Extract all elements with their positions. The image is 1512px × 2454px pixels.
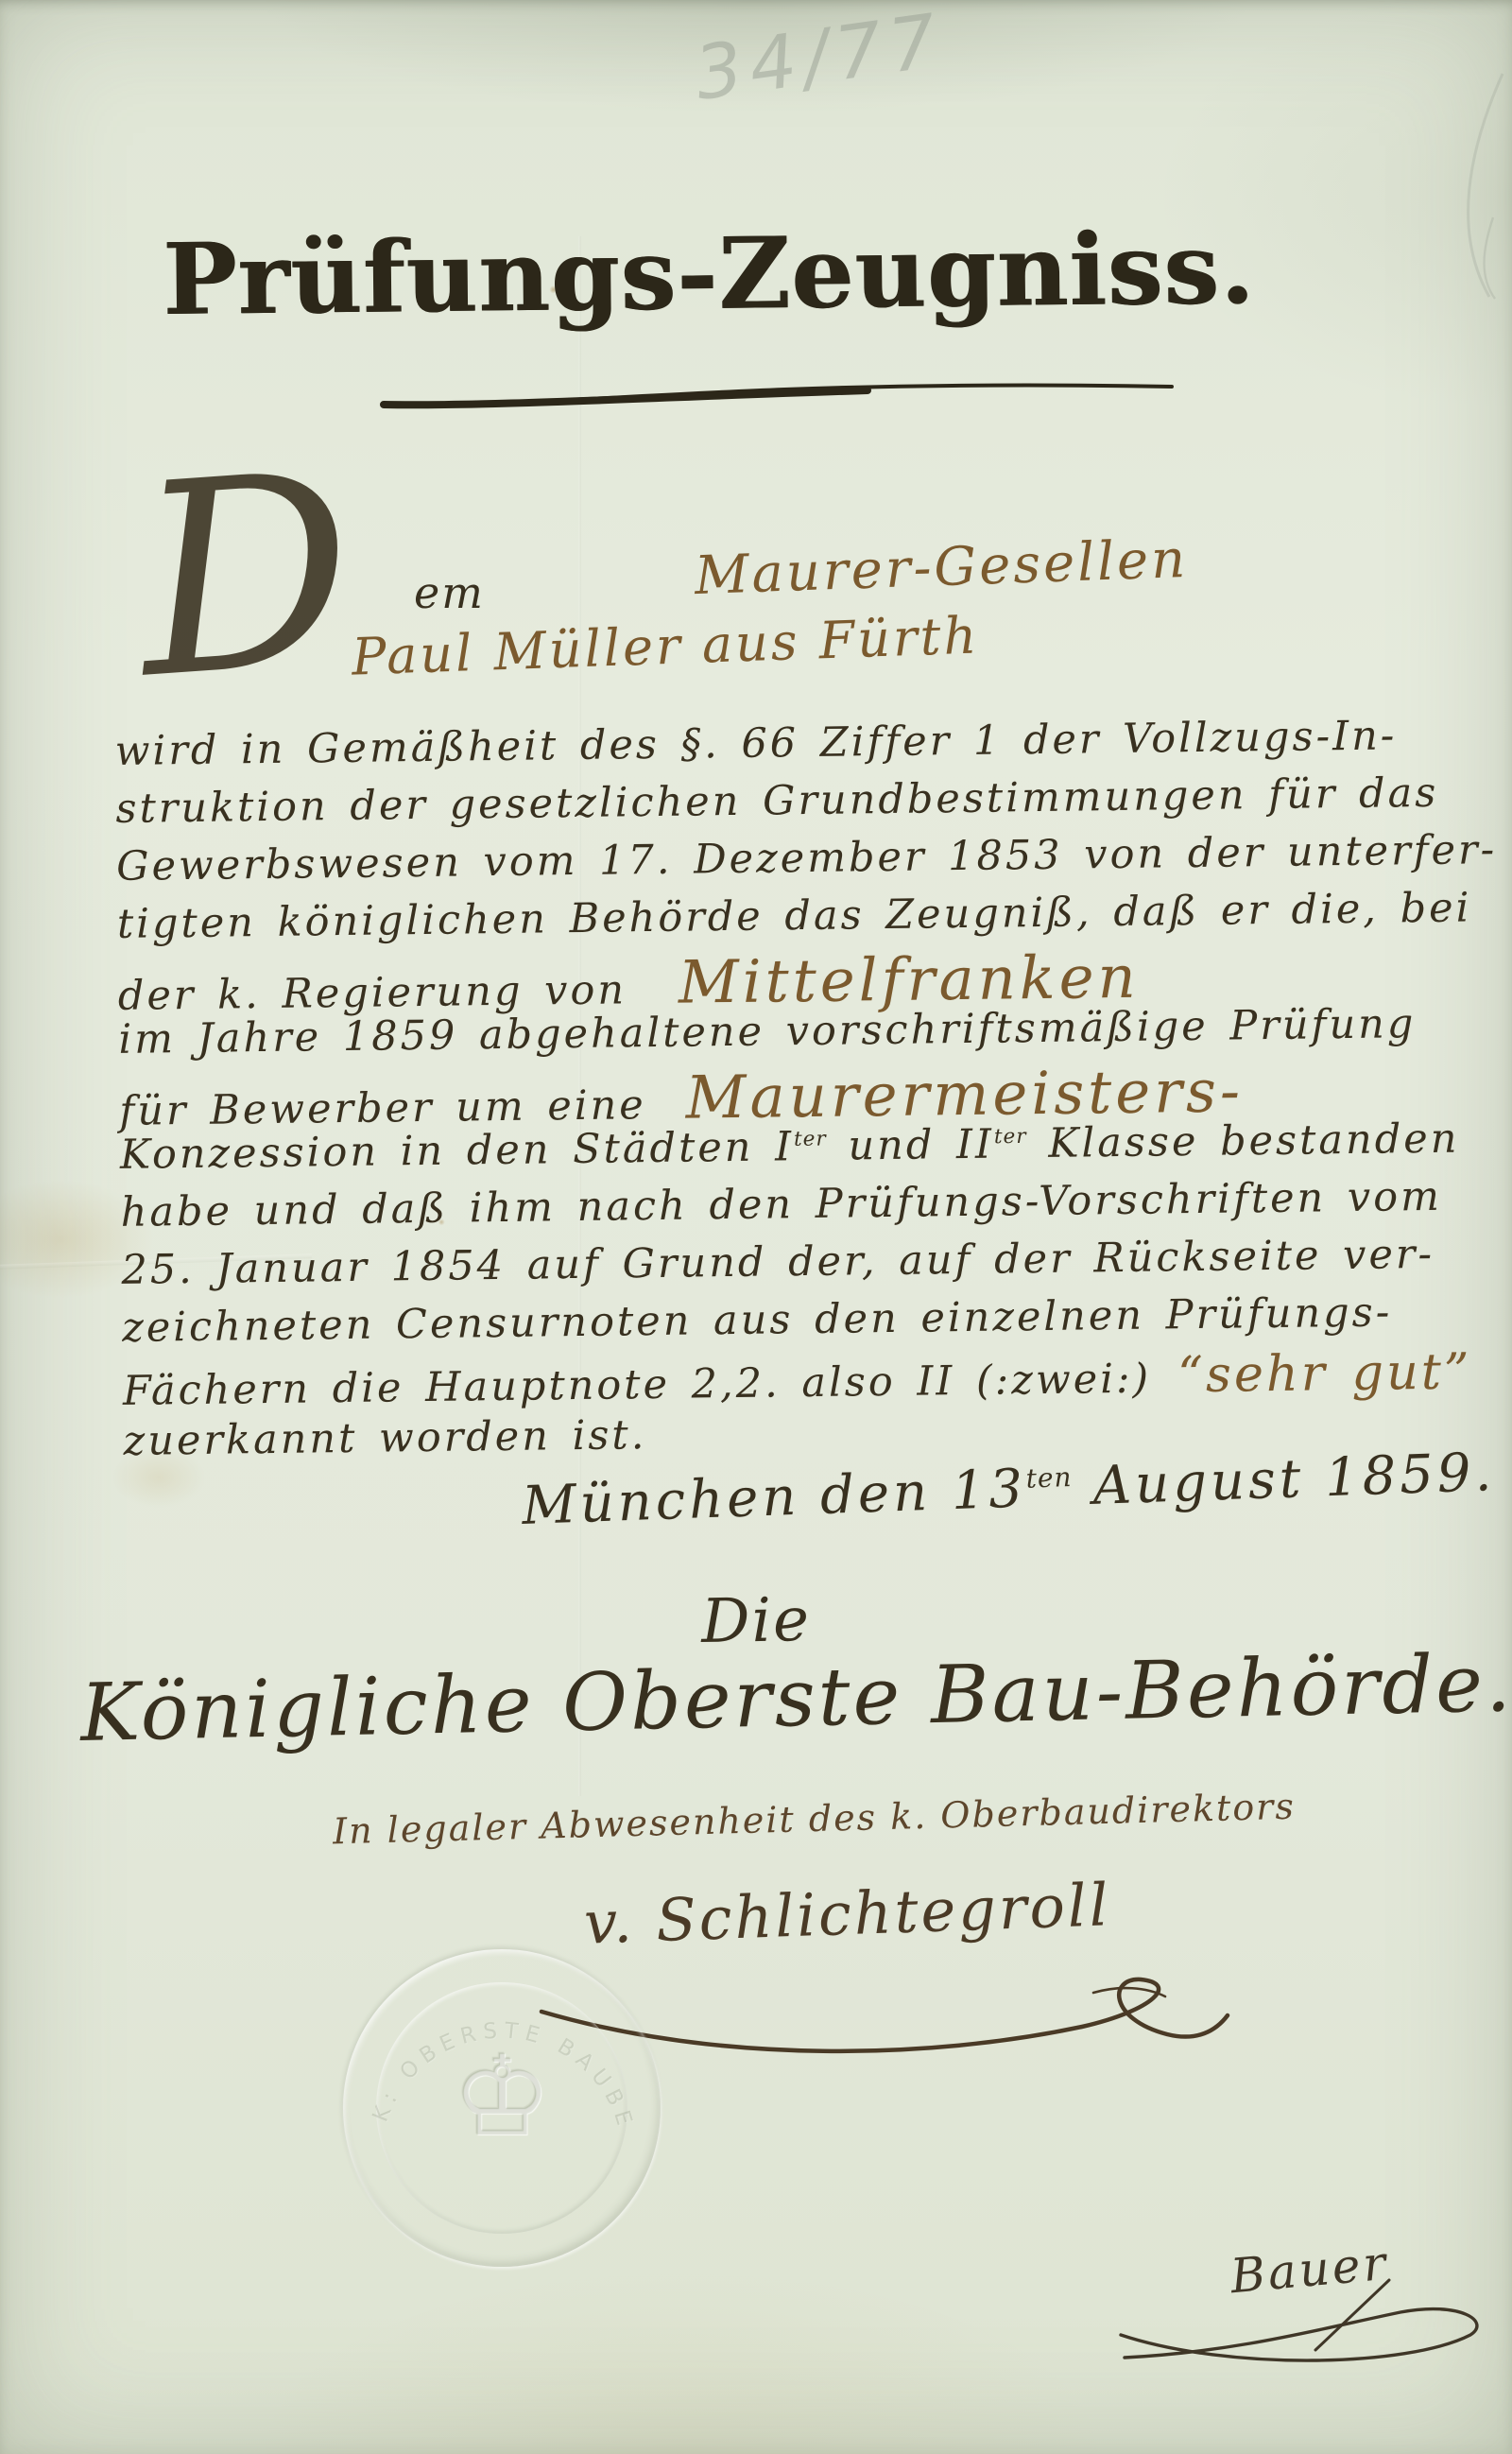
corner-pencil-stroke bbox=[1351, 66, 1512, 312]
dropcap-initial-D: D bbox=[131, 438, 361, 717]
document-page: 34/77 Prüfungs-Zeugniss. D em Maurer-Ges… bbox=[0, 0, 1512, 2454]
body-line-10: 25. Januar 1854 auf Grund der, auf der R… bbox=[121, 1231, 1435, 1294]
body-line-9: habe und daß ihm nach den Prüfungs-Vorsc… bbox=[120, 1173, 1442, 1236]
attestation-line: In legaler Abwesenheit des k. Oberbaudir… bbox=[333, 1786, 1297, 1853]
countersignature-flourish bbox=[1096, 2276, 1512, 2380]
dateline: München den 13ten August 1859. bbox=[521, 1442, 1496, 1537]
embossed-seal: K: OBERSTE BAUBEHÖRDE ♔ bbox=[343, 1949, 661, 2267]
document-title: Prüfungs-Zeugniss. bbox=[160, 210, 1257, 337]
body-line-4: tigten königlichen Behörde das Zeugniß, … bbox=[117, 884, 1472, 948]
body-line-11: zeichneten Censurnoten aus den einzelnen… bbox=[122, 1288, 1393, 1351]
pencil-number-annotation: 34/77 bbox=[690, 0, 950, 117]
crown-icon: ♔ bbox=[343, 2040, 661, 2152]
body-line-3: Gewerbswesen vom 17. Dezember 1853 von d… bbox=[116, 826, 1497, 890]
salutation-word-rest: em bbox=[414, 567, 485, 618]
body-line-2: struktion der gesetzlichen Grundbestimmu… bbox=[115, 769, 1438, 833]
body-line-12: Fächern die Hauptnote 2,2. also II (:zwe… bbox=[123, 1342, 1472, 1416]
title-flourish-underline bbox=[376, 374, 1179, 416]
body-line-13: zuerkannt worden ist. bbox=[123, 1411, 646, 1465]
recipient-trade: Maurer-Gesellen bbox=[694, 528, 1189, 607]
